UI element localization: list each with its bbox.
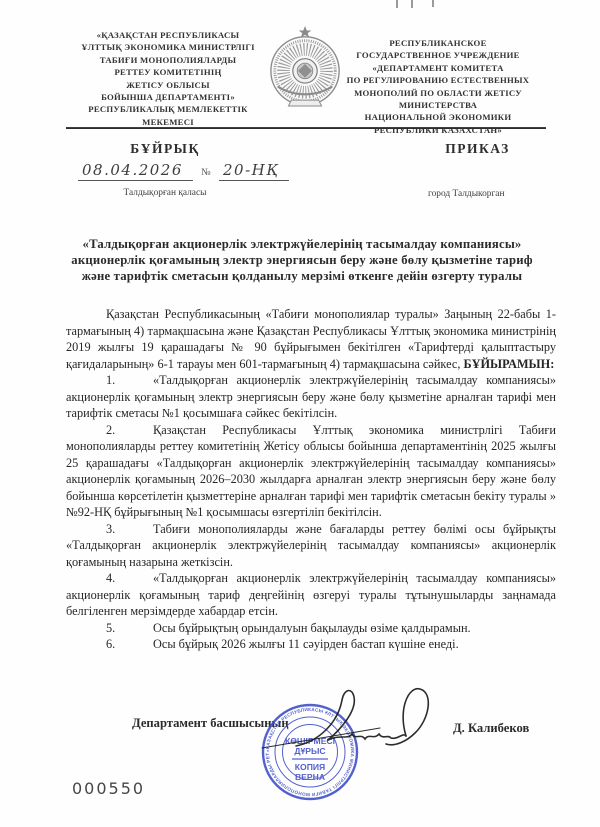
- org-line: «ҚАЗАҚСТАН РЕСПУБЛИКАСЫ: [52, 29, 284, 41]
- org-line: ҰЛТТЫҚ ЭКОНОМИКА МИНИСТРЛІГІ: [52, 41, 284, 53]
- org-line: РЕСПУБЛИКИ КАЗАХСТАН»: [318, 124, 558, 136]
- org-line: РЕСПУБЛИКАНСКОЕ: [318, 37, 558, 49]
- order-heading-kazakh: БҰЙРЫҚ: [60, 141, 270, 157]
- document-title: «Талдықорған акционерлік электржүйелерін…: [58, 236, 546, 285]
- item-number: 4.: [106, 570, 153, 587]
- scanned-order-document: «ҚАЗАҚСТАН РЕСПУБЛИКАСЫ ҰЛТТЫҚ ЭКОНОМИКА…: [0, 0, 600, 827]
- order-item: 1.«Талдықорған акционерлік электржүйелер…: [66, 372, 556, 422]
- item-number: 3.: [106, 521, 153, 538]
- org-line: ГОСУДАРСТВЕННОЕ УЧРЕЖДЕНИЕ: [318, 49, 558, 61]
- scan-mark: [432, 0, 434, 7]
- org-line: НАЦИОНАЛЬНОЙ ЭКОНОМИКИ: [318, 111, 558, 123]
- org-line: БОЙЫНША ДЕПАРТАМЕНТІ»: [52, 91, 284, 103]
- signatory-name: Д. Калибеков: [453, 721, 529, 736]
- item-number: 5.: [106, 620, 153, 637]
- org-line: МИНИСТЕРСТВА: [318, 99, 558, 111]
- org-name-kazakh: «ҚАЗАҚСТАН РЕСПУБЛИКАСЫ ҰЛТТЫҚ ЭКОНОМИКА…: [52, 29, 284, 128]
- stamp-text-ru-2: ВЕРНА: [295, 772, 325, 782]
- document-body: Қазақстан Республикасының «Табиғи монопо…: [66, 306, 556, 653]
- org-line: ТАБИҒИ МОНОПОЛИЯЛАРДЫ: [52, 54, 284, 66]
- order-item: 2.Қазақстан Республикасы Ұлттық экономик…: [66, 422, 556, 521]
- scan-mark: [411, 0, 413, 8]
- handwritten-date: 08.04.2026: [78, 161, 193, 181]
- intro-paragraph: Қазақстан Республикасының «Табиғи монопо…: [66, 306, 556, 372]
- org-line: ПО РЕГУЛИРОВАНИЮ ЕСТЕСТВЕННЫХ: [318, 74, 558, 86]
- item-number: 1.: [106, 372, 153, 389]
- handwritten-signature: [258, 678, 438, 770]
- form-serial-number: 000550: [72, 779, 145, 798]
- order-heading-russian: ПРИКАЗ: [400, 141, 555, 157]
- org-name-russian: РЕСПУБЛИКАНСКОЕ ГОСУДАРСТВЕННОЕ УЧРЕЖДЕН…: [318, 37, 558, 136]
- place-russian: город Талдыкорган: [428, 189, 504, 199]
- order-item: 4.«Талдықорған акционерлік электржүйелер…: [66, 570, 556, 620]
- number-sign: №: [199, 167, 213, 178]
- handwritten-number: 20-НҚ: [219, 161, 289, 181]
- order-item: 6.Осы бұйрық 2026 жылғы 11 сәуірден баст…: [66, 636, 556, 653]
- order-item: 3.Табиғи монополияларды және бағаларды р…: [66, 521, 556, 571]
- header-divider: [66, 127, 546, 129]
- order-item: 5.Осы бұйрықтың орындалуын бақылауды өзі…: [66, 620, 556, 637]
- place-kazakh: Талдықорған қаласы: [60, 188, 270, 198]
- org-line: ЖЕТІСУ ОБЛЫСЫ: [52, 79, 284, 91]
- item-number: 6.: [106, 636, 153, 653]
- org-line: МОНОПОЛИЙ ПО ОБЛАСТИ ЖЕТІСУ: [318, 87, 558, 99]
- scan-mark: [396, 0, 398, 8]
- org-line: РЕТТЕУ КОМИТЕТІНІҢ: [52, 66, 284, 78]
- org-line: «ДЕПАРТАМЕНТ КОМИТЕТА: [318, 62, 558, 74]
- order-date-number: 08.04.2026 № 20-НҚ: [78, 161, 289, 181]
- item-number: 2.: [106, 422, 153, 439]
- item-text: Осы бұйрық 2026 жылғы 11 сәуірден бастап…: [153, 637, 459, 651]
- item-text: Осы бұйрықтың орындалуын бақылауды өзіме…: [153, 621, 471, 635]
- org-line: РЕСПУБЛИКАЛЫҚ МЕМЛЕКЕТТІК: [52, 103, 284, 115]
- decree-word: БҰЙЫРАМЫН:: [463, 357, 554, 371]
